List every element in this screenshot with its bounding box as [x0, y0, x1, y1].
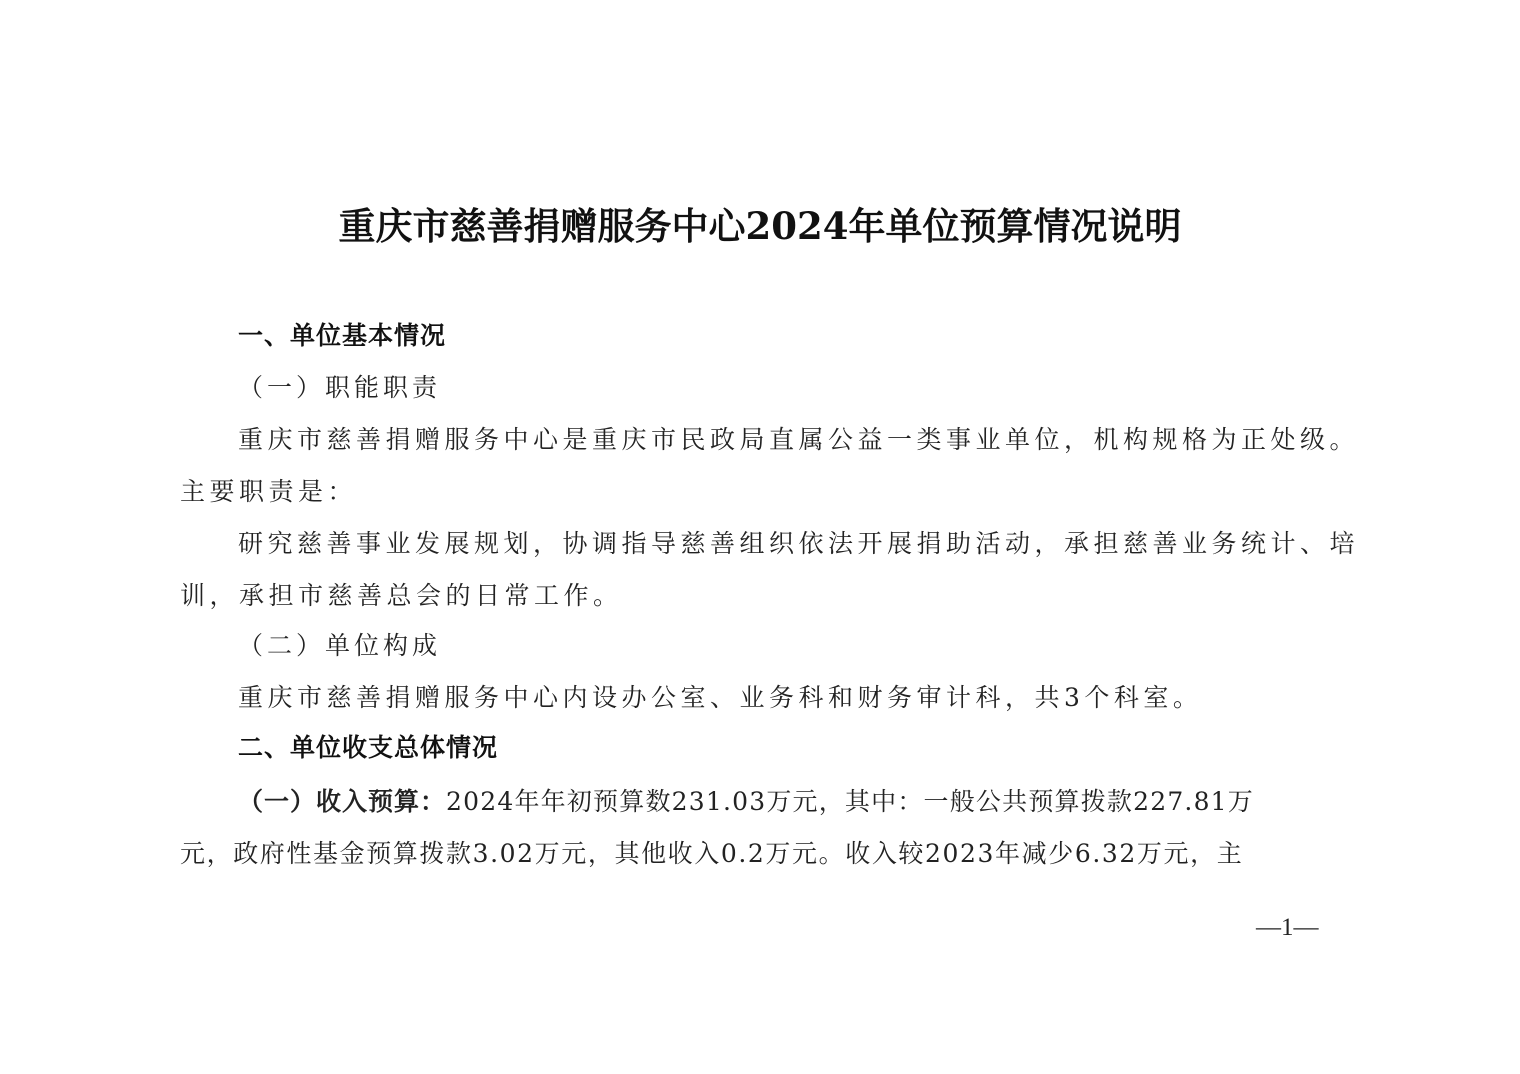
paragraph-duties-line-1: 重庆市慈善捐赠服务中心是重庆市民政局直属公益一类事业单位，机构规格为正处级。 — [238, 420, 1359, 456]
page-number: —1— — [1256, 914, 1319, 942]
document-page: 重庆市慈善捐赠服务中心2024年单位预算情况说明 一、单位基本情况 （一）职能职… — [0, 0, 1520, 1074]
income-lead: （一）收入预算： — [238, 787, 446, 816]
paragraph-responsibilities-line-1: 研究慈善事业发展规划，协调指导慈善组织依法开展捐助活动，承担慈善业务统计、培 — [238, 524, 1359, 560]
income-line-1-text: 2024年年初预算数231.03万元，其中：一般公共预算拨款227.81万 — [446, 787, 1254, 816]
paragraph-responsibilities-line-2: 训，承担市慈善总会的日常工作。 — [180, 576, 623, 612]
section-heading-overall: 二、单位收支总体情况 — [238, 728, 498, 764]
subheading-duties: （一）职能职责 — [238, 368, 441, 404]
paragraph-duties-line-2: 主要职责是： — [180, 472, 357, 508]
document-title: 重庆市慈善捐赠服务中心2024年单位预算情况说明 — [0, 196, 1520, 250]
paragraph-income-line-1: （一）收入预算：2024年年初预算数231.03万元，其中：一般公共预算拨款22… — [238, 782, 1254, 818]
paragraph-income-line-2: 元，政府性基金预算拨款3.02万元，其他收入0.2万元。收入较2023年减少6.… — [180, 834, 1243, 870]
section-heading-basic-info: 一、单位基本情况 — [238, 316, 446, 352]
paragraph-composition: 重庆市慈善捐赠服务中心内设办公室、业务科和财务审计科，共3个科室。 — [238, 678, 1202, 714]
subheading-composition: （二）单位构成 — [238, 626, 441, 662]
